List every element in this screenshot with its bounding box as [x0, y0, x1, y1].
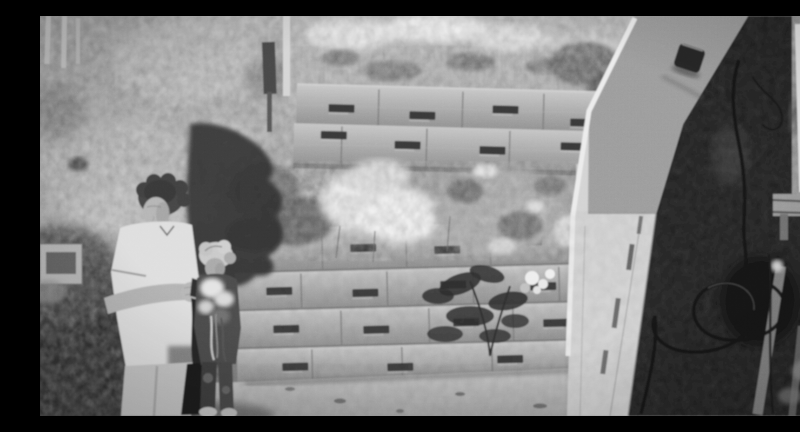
- photograph: A man with dark curly hair wearing a ver…: [40, 16, 800, 416]
- photo-canvas: [40, 16, 800, 416]
- vignette: [40, 16, 800, 416]
